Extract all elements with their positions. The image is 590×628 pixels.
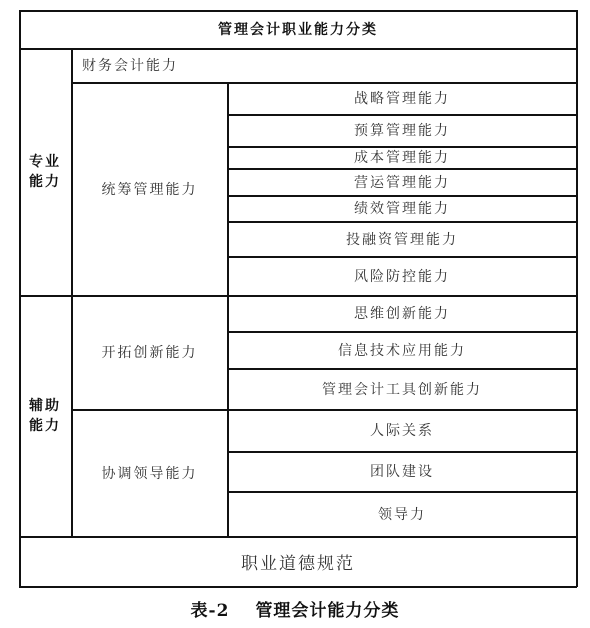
table-caption: 表-2 管理会计能力分类 [0, 594, 590, 622]
group-financial-accounting: 财务会计能力 [72, 48, 577, 82]
item-cell: 领导力 [228, 491, 576, 536]
section-label-professional: 专业 能力 [19, 48, 71, 295]
item-cell: 人际关系 [228, 409, 576, 451]
section-label-auxiliary: 辅助 能力 [19, 295, 71, 536]
group-innovation: 开拓创新能力 [72, 295, 227, 409]
section-label-line: 能力 [29, 416, 61, 436]
item-cell: 管理会计工具创新能力 [228, 368, 576, 409]
item-cell: 投融资管理能力 [228, 221, 576, 256]
item-cell: 预算管理能力 [228, 114, 576, 146]
caption-number: 表-2 [191, 596, 230, 621]
item-cell: 思维创新能力 [228, 295, 576, 331]
group-coordination-leadership: 协调领导能力 [72, 409, 227, 536]
item-cell: 绩效管理能力 [228, 195, 576, 221]
item-cell: 营运管理能力 [228, 168, 576, 195]
table-border-right [576, 10, 578, 587]
section-label-line: 辅助 [29, 396, 61, 416]
table-title: 管理会计职业能力分类 [19, 10, 577, 48]
item-cell: 信息技术应用能力 [228, 331, 576, 368]
item-cell: 成本管理能力 [228, 146, 576, 168]
group-overall-management: 统筹管理能力 [72, 82, 227, 295]
section-label-line: 能力 [29, 172, 61, 192]
item-cell: 风险防控能力 [228, 256, 576, 295]
section-label-line: 专业 [29, 152, 61, 172]
caption-text: 管理会计能力分类 [255, 596, 399, 621]
item-cell: 战略管理能力 [228, 82, 576, 114]
item-cell: 团队建设 [228, 451, 576, 491]
professional-ethics-row: 职业道德规范 [19, 536, 577, 586]
table-border-bottom [19, 586, 577, 588]
